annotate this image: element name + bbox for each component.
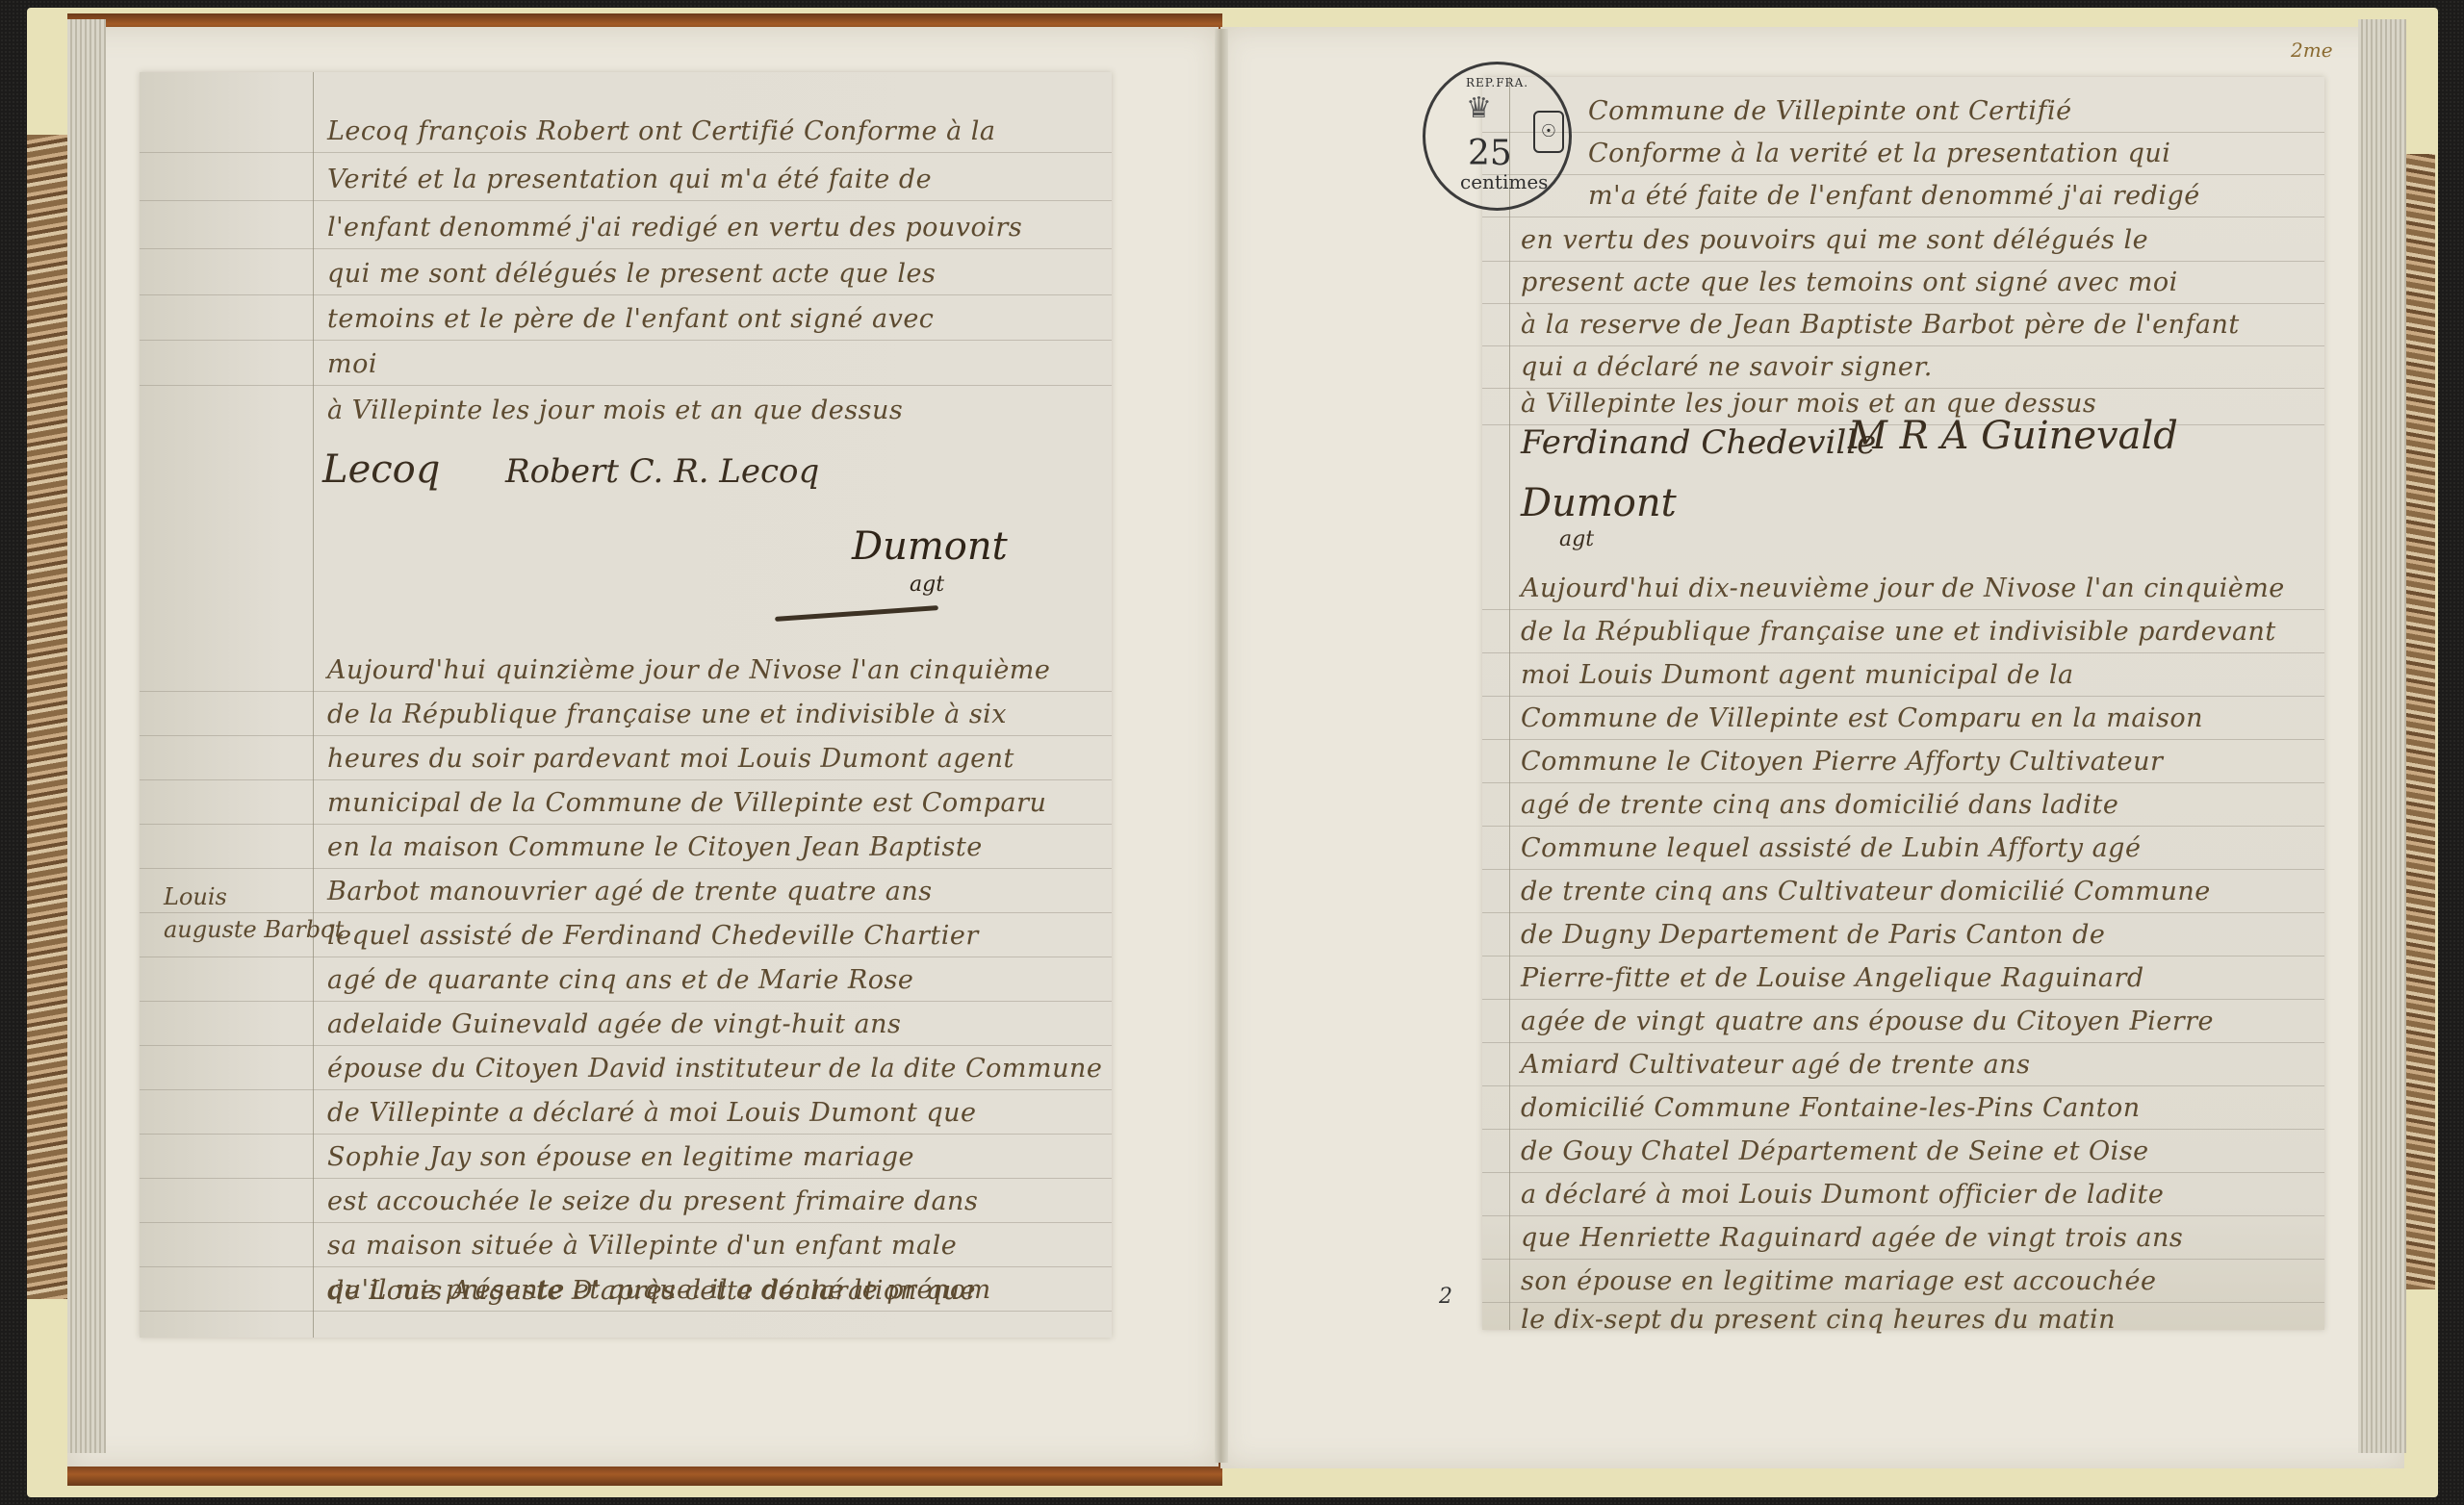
book-gutter [1215,29,1228,1463]
manuscript-line: de trente cinq ans Cultivateur domicilié… [1482,871,2324,913]
manuscript-line: que Henriette Raguinard agée de vingt tr… [1482,1217,2324,1260]
manuscript-line: de Gouy Chatel Département de Seine et O… [1482,1131,2324,1173]
manuscript-line: moi [140,344,1112,386]
manuscript-line: en la maison Commune le Citoyen Jean Bap… [140,827,1112,869]
page-number: 2 [1439,1285,1452,1309]
manuscript-line: adelaide Guinevald agée de vingt-huit an… [140,1004,1112,1046]
manuscript-line: Pierre-fitte et de Louise Angelique Ragu… [1482,957,2324,1000]
manuscript-line: Lecoq françois Robert ont Certifié Confo… [140,111,1112,153]
manuscript-line: sa maison située à Villepinte d'un enfan… [140,1225,1112,1267]
manuscript-line: qui me sont délégués le present acte que… [140,253,1112,295]
manuscript-line: de Dugny Departement de Paris Canton de [1482,914,2324,957]
manuscript-line: Amiard Cultivateur agé de trente ans [1482,1044,2324,1086]
manuscript-line: est accouchée le seize du present frimai… [140,1181,1112,1223]
manuscript-line: agé de quarante cinq ans et de Marie Ros… [140,959,1112,1002]
manuscript-line: Verité et la presentation qui m'a été fa… [140,159,1112,201]
left-manuscript-sheet: Lecoq françois Robert ont Certifié Confo… [140,72,1112,1338]
signature-dumont: Dumont [852,524,1008,569]
folio-mark: 2me [2291,38,2333,62]
signature-title-agt: agt [910,573,944,597]
marbled-cover-left [27,135,70,1299]
manuscript-line: de Villepinte a déclaré à moi Louis Dumo… [140,1092,1112,1135]
signature-robert-lecoq: Robert C. R. Lecoq [505,452,819,491]
marbled-cover-right [2406,154,2435,1289]
manuscript-line: agée de vingt quatre ans épouse du Citoy… [1482,1001,2324,1043]
manuscript-line: present acte que les temoins ont signé a… [1482,262,2324,304]
signature-guinevald: M R A Guinevald [1848,414,2178,458]
manuscript-line: m'a été faite de l'enfant denommé j'ai r… [1482,175,2324,217]
right-manuscript-sheet: Commune de Villepinte ont Certifié Confo… [1482,77,2324,1330]
manuscript-line: son épouse en legitime mariage est accou… [1482,1261,2324,1303]
manuscript-line: Aujourd'hui dix-neuvième jour de Nivose … [1482,568,2324,610]
manuscript-line: Commune le Citoyen Pierre Afforty Cultiv… [1482,741,2324,783]
manuscript-line: Aujourd'hui quinzième jour de Nivose l'a… [140,650,1112,692]
margin-note-line: Louis [164,880,344,913]
signature-dumont: Dumont [1521,481,1677,525]
page-edges-left [67,19,106,1453]
signature-chedeville: Ferdinand Chedeville [1521,423,1876,462]
margin-note-line: auguste Barbot [164,913,344,946]
manuscript-line: Commune lequel assisté de Lubin Afforty … [1482,828,2324,870]
stamp-unit: centimes [1460,170,1548,193]
manuscript-line: Conforme à la verité et la presentation … [1482,133,2324,175]
manuscript-line: épouse du Citoyen David instituteur de l… [140,1048,1112,1090]
page-edges-right [2358,19,2406,1453]
margin-note-name: Louis auguste Barbot [164,880,344,946]
stamp-header-text: REP.FRA. [1425,76,1569,89]
tax-stamp: REP.FRA. ♛ ☉ 25 centimes [1423,62,1572,211]
manuscript-line: de la République française une et indivi… [1482,611,2324,653]
signature-title-agt: agt [1559,527,1594,551]
manuscript-line: l'enfant denommé j'ai redigé en vertu de… [140,207,1112,249]
manuscript-line: le dix-sept du present cinq heures du ma… [1482,1299,2324,1341]
manuscript-line: temoins et le père de l'enfant ont signé… [140,298,1112,341]
crown-icon: ♛ [1466,91,1492,125]
manuscript-line: municipal de la Commune de Villepinte es… [140,782,1112,825]
manuscript-line: à Villepinte les jour mois et an que des… [140,390,1112,432]
manuscript-line: Sophie Jay son épouse en legitime mariag… [140,1136,1112,1179]
manuscript-line: qu'il me présente et auquel il a donné l… [140,1269,1112,1312]
medallion-icon: ☉ [1533,111,1564,153]
manuscript-line: moi Louis Dumont agent municipal de la [1482,654,2324,697]
manuscript-line: a déclaré à moi Louis Dumont officier de… [1482,1174,2324,1216]
stamp-value: 25 [1468,134,1512,173]
manuscript-line: domicilié Commune Fontaine-les-Pins Cant… [1482,1087,2324,1130]
manuscript-line: de la République française une et indivi… [140,694,1112,736]
signature-flourish [775,605,938,622]
manuscript-line: en vertu des pouvoirs qui me sont délégu… [1482,219,2324,262]
manuscript-line: Commune de Villepinte est Comparu en la … [1482,698,2324,740]
manuscript-line: à la reserve de Jean Baptiste Barbot pèr… [1482,304,2324,346]
manuscript-line: heures du soir pardevant moi Louis Dumon… [140,738,1112,780]
signature-lecoq: Lecoq [322,447,440,492]
manuscript-line: agé de trente cinq ans domicilié dans la… [1482,784,2324,827]
manuscript-line: Commune de Villepinte ont Certifié [1482,90,2324,133]
